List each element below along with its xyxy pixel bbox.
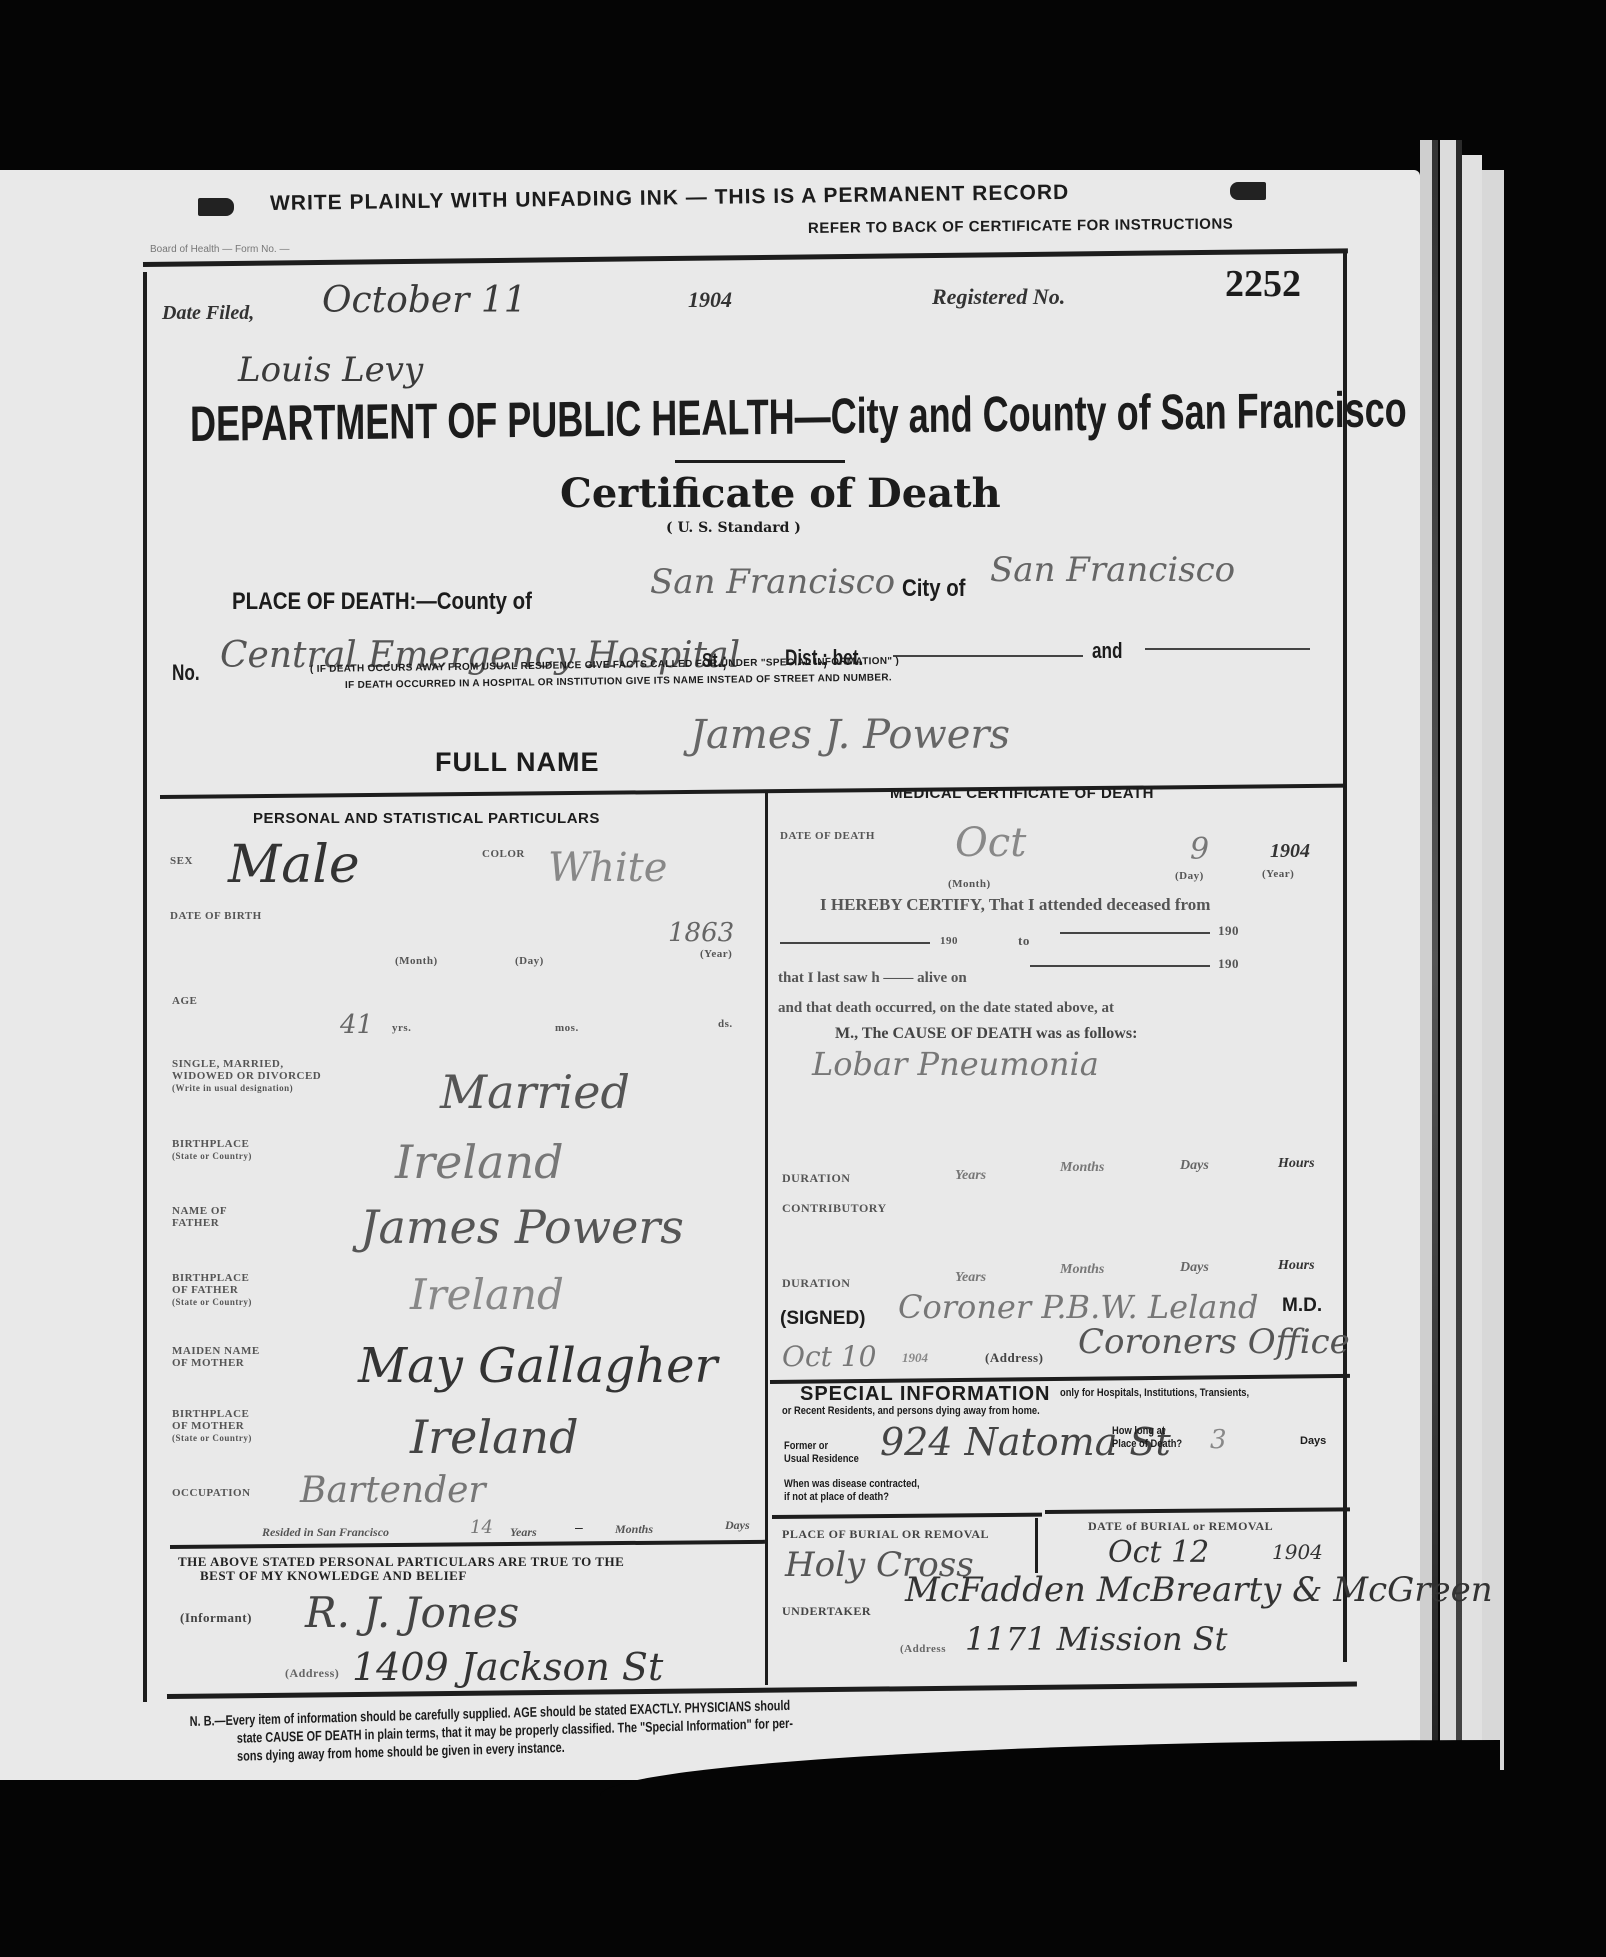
md-label: M.D. <box>1282 1295 1322 1317</box>
informant-address-value: 1409 Jackson St <box>352 1645 663 1689</box>
duration-hours-label: Hours <box>1278 1156 1315 1172</box>
death-day-value: 9 <box>1190 832 1209 867</box>
dob-day-label: (Day) <box>515 955 544 967</box>
age-years-value: 41 <box>340 1010 373 1040</box>
resided-in-sf-label: Resided in San Francisco <box>262 1525 389 1540</box>
contributory-label: CONTRIBUTORY <box>782 1202 887 1214</box>
father-label-line: FATHER <box>172 1217 227 1229</box>
cause-of-death-label: M., The CAUSE OF DEATH was as follows: <box>835 1025 1137 1043</box>
age-years-label: yrs. <box>392 1022 411 1034</box>
street-number-label: No. <box>172 660 200 686</box>
mother-maiden-name-label: MAIDEN NAME OF MOTHER <box>172 1345 260 1369</box>
contributory-hours-label: Hours <box>1278 1258 1315 1274</box>
contracted-label-line: When was disease contracted, <box>784 1478 920 1491</box>
book-binding-edge <box>1420 140 1432 1780</box>
special-information-heading: SPECIAL INFORMATION <box>800 1383 1050 1406</box>
physician-signature: Coroner P.B.W. Leland <box>898 1288 1258 1326</box>
city-value: San Francisco <box>990 550 1235 590</box>
usual-residence-label: Former or Usual Residence <box>784 1440 859 1466</box>
place-of-death-label: PLACE OF DEATH:—County of <box>232 588 532 616</box>
signed-year-value: 1904 <box>902 1350 928 1366</box>
pointing-hand-icon <box>1230 182 1266 200</box>
dob-year-value: 1863 <box>668 918 734 948</box>
duration-label: DURATION <box>782 1172 850 1184</box>
marital-status-label: SINGLE, MARRIED, WIDOWED OR DIVORCED (Wr… <box>172 1058 321 1094</box>
county-value: San Francisco <box>650 562 895 602</box>
last-saw-statement: that I last saw h —— alive on <box>778 970 967 987</box>
marital-label-line: (Write in usual designation) <box>172 1082 321 1094</box>
color-label: COLOR <box>482 848 525 860</box>
burial-place-label: PLACE OF BURIAL OR REMOVAL <box>782 1528 989 1540</box>
birthplace-value: Ireland <box>395 1135 564 1189</box>
full-name-value: James J. Powers <box>690 712 1010 758</box>
occupation-label: OCCUPATION <box>172 1487 251 1499</box>
informant-name: R. J. Jones <box>305 1588 519 1637</box>
father-birthplace-value: Ireland <box>410 1270 564 1319</box>
attestation-line: BEST OF MY KNOWLEDGE AND BELIEF <box>178 1569 624 1583</box>
undertaker-value: McFadden McBrearty & McGreen <box>905 1570 1493 1610</box>
mother-bp-label-line: BIRTHPLACE <box>172 1408 252 1420</box>
cause-of-death-value: Lobar Pneumonia <box>812 1045 1099 1083</box>
mother-label-line: MAIDEN NAME <box>172 1345 260 1357</box>
birthplace-label-line: BIRTHPLACE <box>172 1138 252 1150</box>
duration-months-label: Months <box>1060 1160 1104 1176</box>
how-long-label-line: Place of Death? <box>1112 1438 1182 1451</box>
death-occurred-statement: and that death occurred, on the date sta… <box>778 1000 1114 1017</box>
contributory-duration-label: DURATION <box>782 1277 850 1289</box>
frame-right-border <box>1343 250 1347 1662</box>
birthplace-label: BIRTHPLACE (State or Country) <box>172 1138 252 1162</box>
residence-label-line: Former or <box>784 1440 859 1453</box>
resided-days-label: Days <box>725 1518 750 1533</box>
death-year-value: 1904 <box>1270 840 1310 863</box>
city-label: City of <box>902 575 965 603</box>
filing-year: 1904 <box>688 287 732 313</box>
resided-years-label: Years <box>510 1525 537 1540</box>
informant-label: (Informant) <box>180 1612 252 1624</box>
physician-address-label: (Address) <box>985 1352 1043 1364</box>
mother-label-line: OF MOTHER <box>172 1357 260 1369</box>
contributory-years-label: Years <box>955 1270 986 1286</box>
how-long-label-line: How long at <box>1112 1425 1182 1438</box>
year-prefix-from: 190 <box>940 935 958 947</box>
marital-status-value: Married <box>440 1065 630 1119</box>
mother-bp-label-line: (State or Country) <box>172 1432 252 1444</box>
father-name-value: James Powers <box>360 1200 684 1254</box>
how-long-days-label: Days <box>1300 1435 1326 1447</box>
certify-statement: I HEREBY CERTIFY, That I attended deceas… <box>820 895 1210 915</box>
death-day-label: (Day) <box>1175 870 1204 882</box>
printer-mark: Board of Health — Form No. — <box>150 244 290 255</box>
mother-birthplace-label: BIRTHPLACE OF MOTHER (State or Country) <box>172 1408 252 1444</box>
dob-month-label: (Month) <box>395 955 438 967</box>
us-standard-label: ( U. S. Standard ) <box>666 520 801 536</box>
occupation-value: Bartender <box>300 1470 486 1511</box>
contracted-label-line: if not at place of death? <box>784 1491 920 1504</box>
attended-to-line <box>1060 932 1210 934</box>
date-filed-value: October 11 <box>322 280 527 321</box>
special-info-note: only for Hospitals, Institutions, Transi… <box>1060 1387 1249 1399</box>
district-field-line-2 <box>1145 648 1310 650</box>
full-name-label: FULL NAME <box>435 747 600 778</box>
burial-year-value: 1904 <box>1272 1540 1323 1564</box>
father-label-line: NAME OF <box>172 1205 227 1217</box>
attestation-line: THE ABOVE STATED PERSONAL PARTICULARS AR… <box>178 1555 624 1569</box>
sex-value: Male <box>228 835 360 895</box>
death-month-label: (Month) <box>948 878 991 890</box>
book-binding-edge <box>1462 155 1482 1795</box>
undertaker-label: UNDERTAKER <box>782 1605 871 1617</box>
age-label: AGE <box>172 995 197 1007</box>
date-of-birth-label: DATE OF BIRTH <box>170 910 262 922</box>
attended-from-line <box>780 942 930 944</box>
frame-left-border <box>143 272 147 1702</box>
registered-number-label: Registered No. <box>932 284 1065 310</box>
marital-label-line: SINGLE, MARRIED, <box>172 1058 321 1070</box>
date-filed-label: Date Filed, <box>162 302 254 325</box>
marital-label-line: WIDOWED OR DIVORCED <box>172 1070 321 1082</box>
certificate-title: Certificate of Death <box>560 470 1001 517</box>
contributory-months-label: Months <box>1060 1262 1104 1278</box>
informant-attestation: THE ABOVE STATED PERSONAL PARTICULARS AR… <box>178 1555 624 1583</box>
title-divider <box>675 460 845 463</box>
pointing-hand-icon <box>198 198 234 216</box>
father-bp-label-line: BIRTHPLACE <box>172 1272 252 1284</box>
signed-date-value: Oct 10 <box>782 1340 876 1373</box>
mother-birthplace-value: Ireland <box>410 1410 579 1464</box>
resided-months-value: – <box>575 1519 583 1535</box>
burial-date-value: Oct 12 <box>1108 1535 1209 1570</box>
how-long-label: How long at Place of Death? <box>1112 1425 1182 1451</box>
death-year-label: (Year) <box>1262 868 1294 880</box>
registrar-signature: Louis Levy <box>238 350 423 390</box>
date-of-death-label: DATE OF DEATH <box>780 830 875 842</box>
year-prefix-to: 190 <box>1218 925 1239 937</box>
disease-contracted-label: When was disease contracted, if not at p… <box>784 1478 920 1504</box>
duration-days-label: Days <box>1180 1158 1209 1174</box>
burial-date-label: DATE of BURIAL or REMOVAL <box>1088 1520 1273 1532</box>
resided-months-label: Months <box>615 1522 653 1537</box>
contributory-days-label: Days <box>1180 1260 1209 1276</box>
duration-years-label: Years <box>955 1168 986 1184</box>
color-value: White <box>548 845 667 891</box>
age-months-label: mos. <box>555 1022 579 1034</box>
book-binding-edge <box>1432 140 1438 1780</box>
burial-column-divider <box>1035 1518 1038 1573</box>
book-binding-edge <box>1440 140 1456 1780</box>
last-saw-date-line <box>1030 965 1210 967</box>
column-divider <box>765 790 768 1685</box>
physician-address-value: Coroners Office <box>1078 1322 1350 1362</box>
dob-year-label: (Year) <box>700 948 732 960</box>
nb-label: N. B.— <box>190 1712 226 1729</box>
special-info-note-2: or Recent Residents, and persons dying a… <box>782 1405 1040 1417</box>
informant-address-label: (Address) <box>285 1667 339 1679</box>
undertaker-address-value: 1171 Mission St <box>965 1620 1228 1658</box>
signed-label: (SIGNED) <box>780 1308 866 1330</box>
resided-years-value: 14 <box>470 1517 493 1538</box>
birthplace-label-line: (State or Country) <box>172 1150 252 1162</box>
father-bp-label-line: OF FATHER <box>172 1284 252 1296</box>
residence-label-line: Usual Residence <box>784 1453 859 1466</box>
father-birthplace-label: BIRTHPLACE OF FATHER (State or Country) <box>172 1272 252 1308</box>
registered-number: 2252 <box>1225 262 1301 306</box>
age-days-label: ds. <box>718 1018 733 1030</box>
father-bp-label-line: (State or Country) <box>172 1296 252 1308</box>
book-binding-edge <box>1482 170 1504 1770</box>
and-label: and <box>1092 638 1123 664</box>
sex-label: SEX <box>170 855 193 867</box>
father-name-label: NAME OF FATHER <box>172 1205 227 1229</box>
district-field-line <box>893 655 1083 657</box>
medical-certificate-heading: MEDICAL CERTIFICATE OF DEATH <box>890 785 1154 802</box>
personal-particulars-heading: PERSONAL AND STATISTICAL PARTICULARS <box>253 810 600 827</box>
mother-bp-label-line: OF MOTHER <box>172 1420 252 1432</box>
undertaker-address-label: (Address <box>900 1643 946 1655</box>
to-label: to <box>1018 935 1030 947</box>
how-long-value: 3 <box>1210 1425 1227 1455</box>
death-month-value: Oct <box>955 820 1026 866</box>
mother-maiden-name-value: May Gallagher <box>358 1338 717 1394</box>
year-prefix-last-saw: 190 <box>1218 958 1239 970</box>
